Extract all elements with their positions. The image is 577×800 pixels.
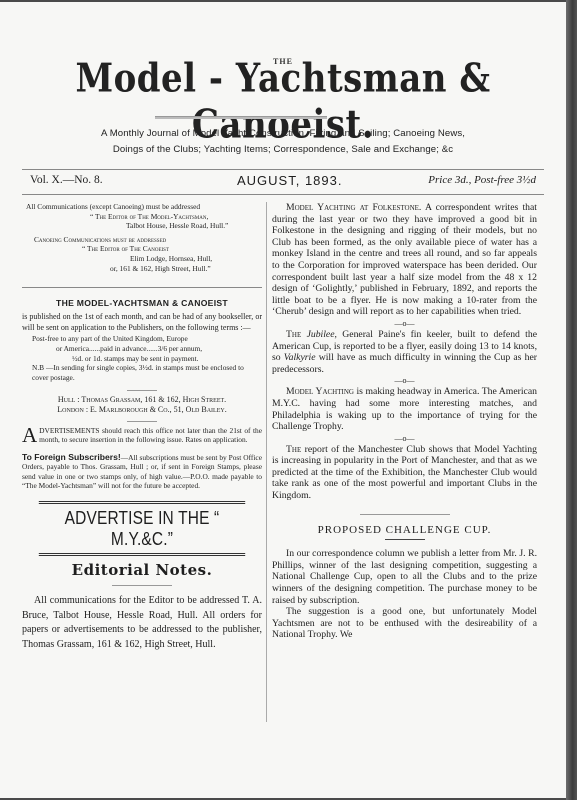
article-jubilee: The Jubilee, General Paine's fin keeler,… — [272, 329, 537, 375]
article-manchester: The report of the Manchester Club shows … — [272, 444, 537, 502]
challenge-cup-para-2: The suggestion is a good one, but unfort… — [272, 606, 537, 641]
subtitle-line-1: A Monthly Journal of Model Yacht Constru… — [0, 126, 566, 142]
foreign-subscribers: To Foreign Subscribers!—All subscription… — [22, 453, 262, 491]
magazine-page: THE Model - Yachtsman & Canoeist. A Mont… — [0, 2, 566, 798]
advertise-banner: ADVERTISE IN THE “ M.Y.&C.” — [39, 501, 245, 556]
issue-volume: Vol. X.—No. 8. — [30, 174, 103, 186]
short-rule — [112, 585, 172, 586]
article-lead: Model Yachting at Folkestone. — [286, 202, 421, 213]
canoe-editor: “ The Editor of The Canoeist — [22, 244, 262, 254]
separator: —o— — [272, 319, 537, 328]
issue-bar: Vol. X.—No. 8. AUGUST, 1893. Price 3d., … — [22, 174, 544, 190]
canoe-address-2: or, 161 & 162, High Street, Hull.” — [22, 264, 262, 274]
publication-body: is published on the 1st of each month, a… — [22, 312, 262, 333]
advertisements-text: DVERTISEMENTS should reach this office n… — [39, 426, 262, 445]
article-folkestone: Model Yachting at Folkestone. A correspo… — [272, 202, 537, 318]
canoe-intro: Canoeing Communications must be addresse… — [22, 235, 262, 245]
editorial-heading: Editorial Notes. — [22, 561, 262, 579]
london-agent: London : E. Marlborough & Co., 51, Old B… — [22, 405, 262, 415]
book-spine-edge — [566, 0, 577, 800]
article-lead: The — [286, 444, 301, 455]
right-column: Model Yachting at Folkestone. A correspo… — [272, 202, 537, 641]
advertisements-notice: ADVERTISEMENTS should reach this office … — [22, 426, 262, 445]
issue-price: Price 3d., Post-free 3½d — [428, 174, 536, 186]
short-rule — [127, 390, 157, 391]
publication-heading: THE MODEL-YACHTSMAN & CANOEIST — [22, 298, 262, 308]
issue-date: AUGUST, 1893. — [237, 173, 343, 188]
issue-rule-top — [22, 169, 544, 170]
terms-line-3: ½d. or 1d. stamps may be sent in payment… — [22, 354, 262, 364]
canoe-address-1: Elim Lodge, Hornsea, Hull, — [22, 254, 262, 264]
challenge-cup-heading: PROPOSED CHALLENGE CUP. — [272, 525, 537, 537]
column-divider — [266, 202, 267, 722]
issue-rule-bottom — [22, 194, 544, 195]
subtitle-line-2: Doings of the Clubs; Yachting Items; Cor… — [0, 142, 566, 158]
masthead-rule — [155, 116, 327, 119]
section-rule — [360, 514, 450, 515]
article-lead: Model Yachting — [286, 386, 354, 397]
dropcap-letter: A — [22, 427, 37, 444]
comm-address: Talbot House, Hessle Road, Hull.” — [22, 221, 262, 231]
article-america: Model Yachting is making headway in Amer… — [272, 386, 537, 432]
short-rule — [127, 421, 157, 422]
section-rule — [385, 539, 425, 540]
comm-intro: All Communications (except Canoeing) mus… — [22, 202, 262, 212]
section-rule — [22, 287, 262, 288]
left-column: All Communications (except Canoeing) mus… — [22, 202, 262, 652]
article-lead: The — [286, 329, 301, 340]
foreign-heading: To Foreign Subscribers! — [22, 452, 121, 462]
editorial-body: All communications for the Editor to be … — [22, 594, 262, 652]
terms-line-2: or America......paid in advance......3/6… — [22, 344, 262, 354]
separator: —o— — [272, 376, 537, 385]
terms-line-1: Post-free to any part of the United King… — [22, 334, 262, 344]
communications-block: All Communications (except Canoeing) mus… — [22, 202, 262, 273]
nb-note: N.B —In sending for single copies, 3½d. … — [22, 363, 262, 382]
masthead-subtitle: A Monthly Journal of Model Yacht Constru… — [0, 126, 566, 158]
challenge-cup-para-1: In our correspondence column we publish … — [272, 548, 537, 606]
hull-agent: Hull : Thomas Grassam, 161 & 162, High S… — [22, 395, 262, 405]
separator: —o— — [272, 434, 537, 443]
comm-editor: “ The Editor of The Model-Yachtsman, — [22, 212, 262, 222]
